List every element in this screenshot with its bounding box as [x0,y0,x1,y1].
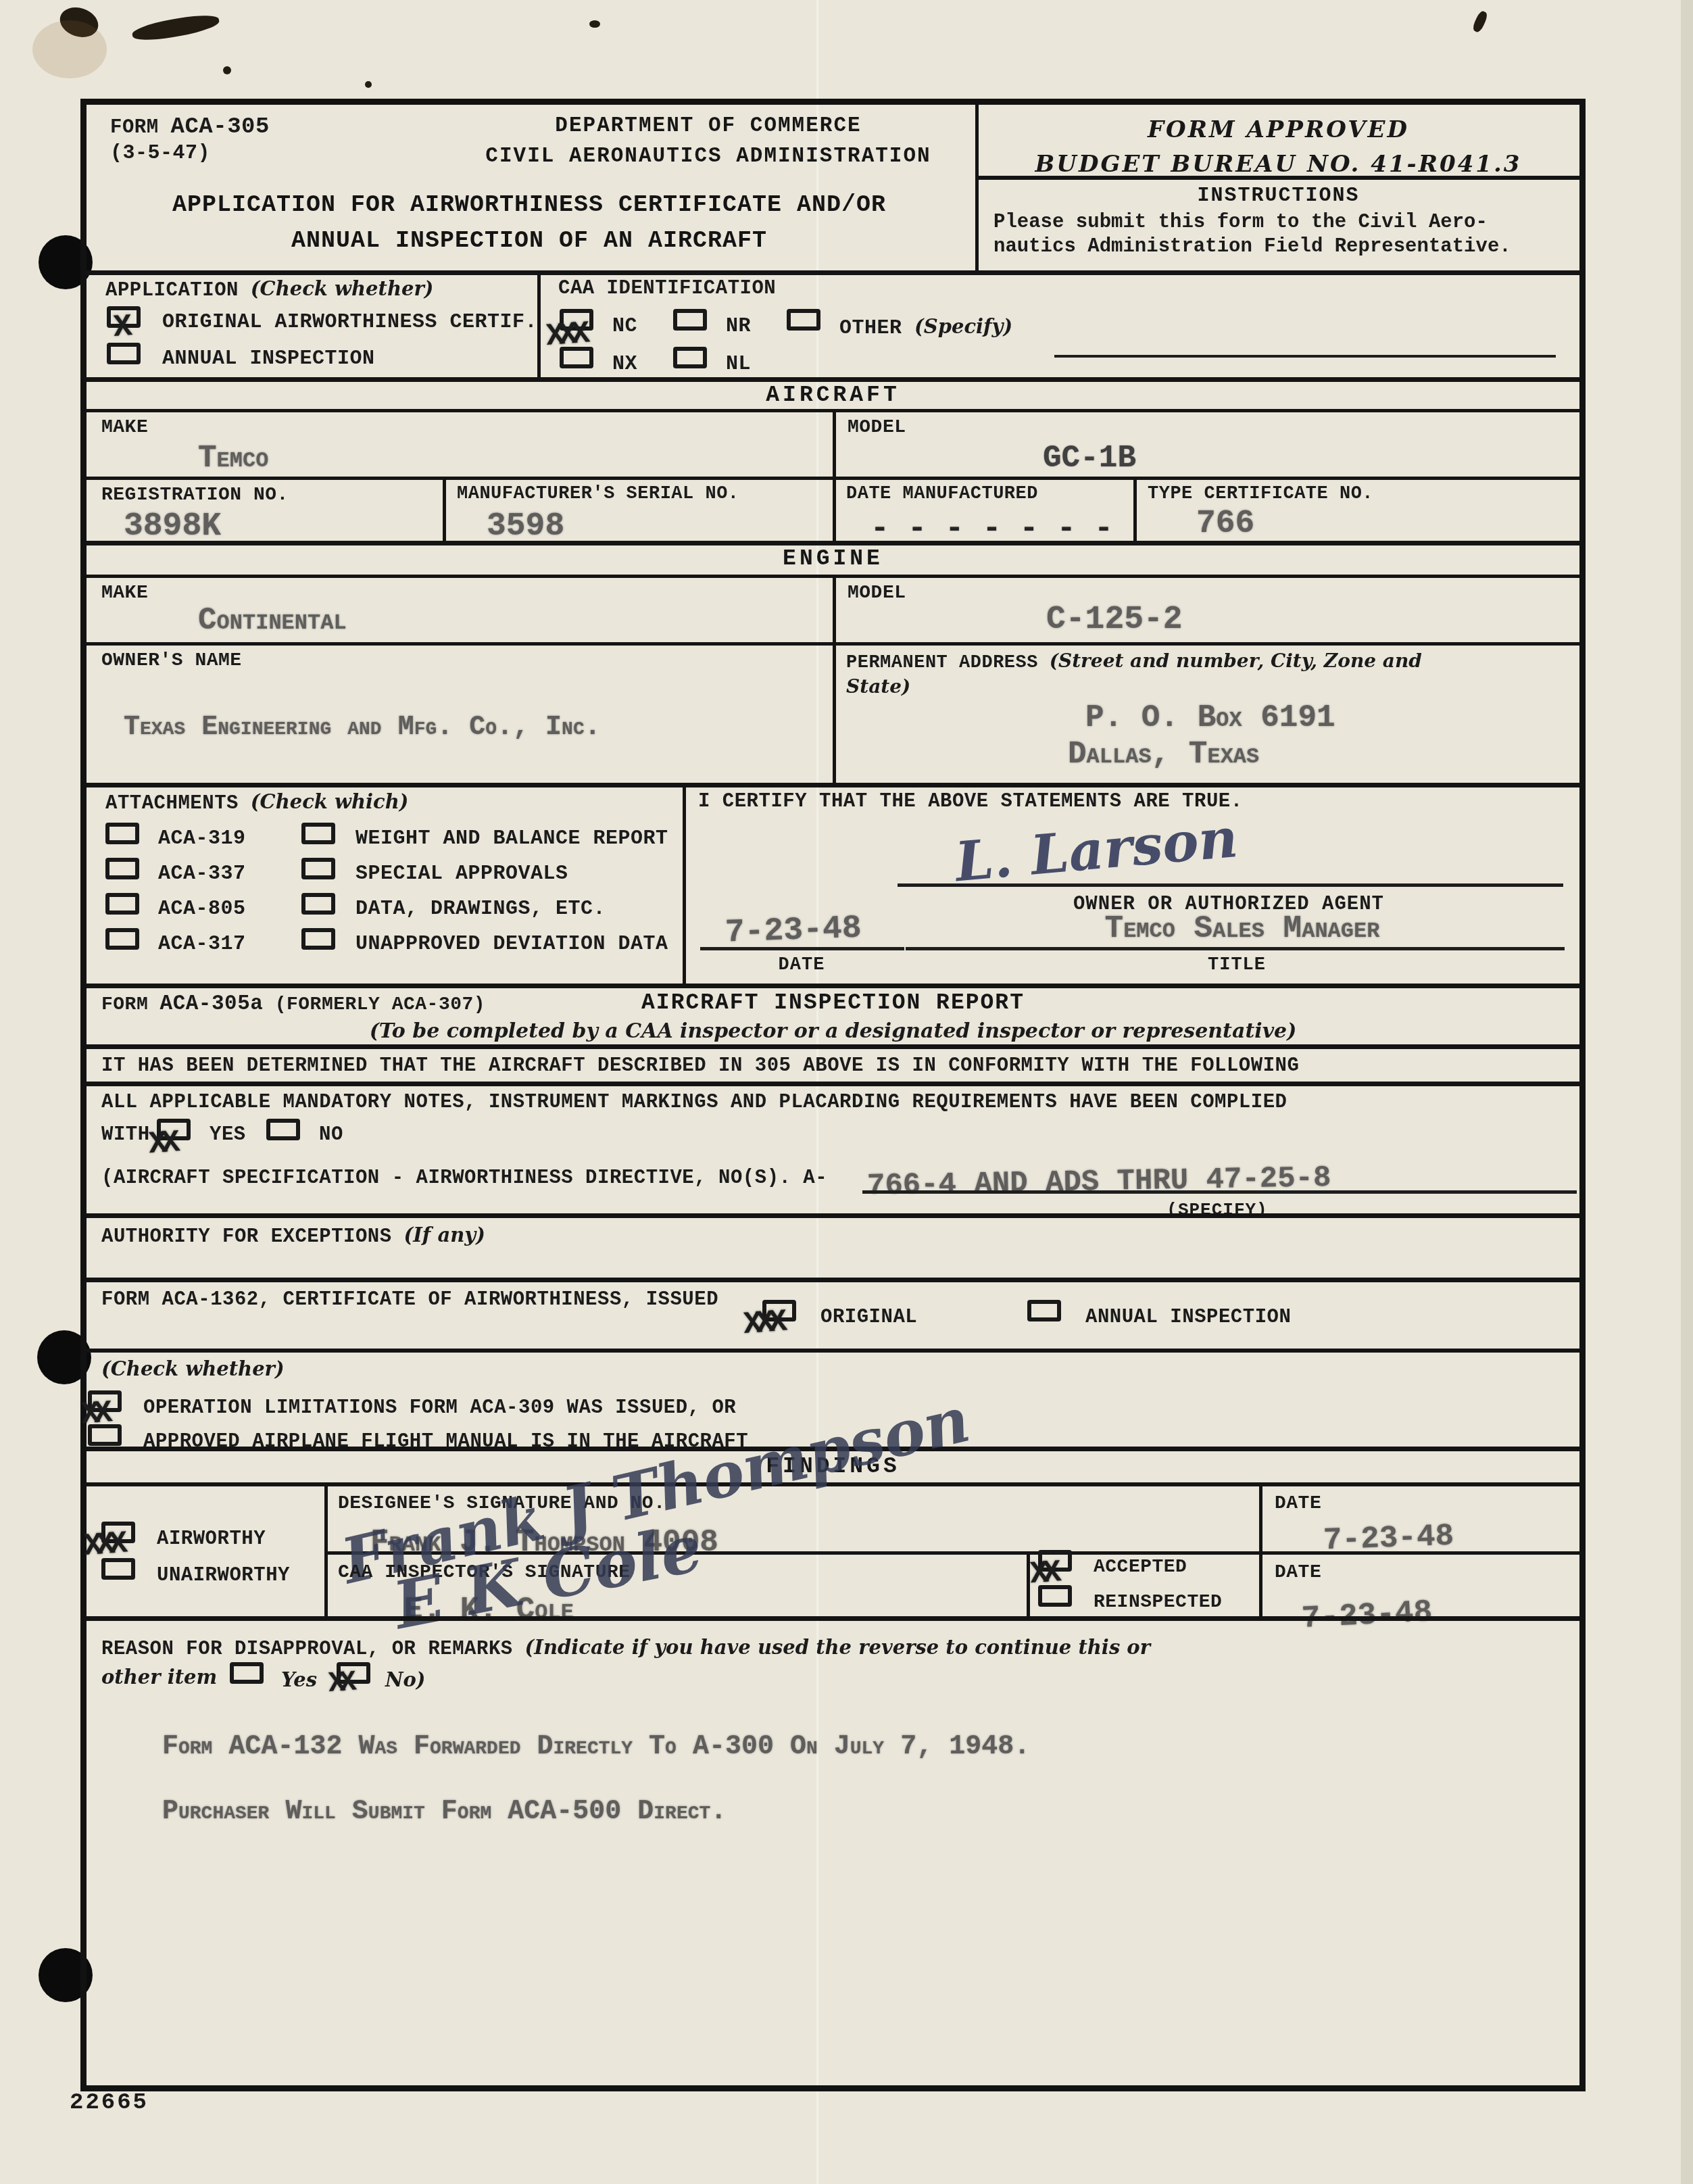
owner-signature[interactable]: L. Larson [953,810,1240,889]
inspector-date-value[interactable]: 7-23-48 [1301,1597,1433,1634]
department-line1: DEPARTMENT OF COMMERCE [438,112,979,142]
page-title-line1: APPLICATION FOR AIRWORTHINESS CERTIFICAT… [137,187,921,223]
other-label: OTHER (Specify) [839,314,1012,342]
aca-805-checkbox[interactable] [105,893,139,915]
authority-exceptions-label: AUTHORITY FOR EXCEPTIONS (If any) [101,1223,485,1249]
check-whether-label: (Check whether) [101,1357,285,1380]
cell-divider [833,409,836,477]
special-approvals-label: SPECIAL APPROVALS [355,862,568,888]
data-drawings-checkbox[interactable] [301,893,335,915]
row-border [87,783,1579,787]
spec-directive-value[interactable]: 766-4 AND ADS THRU 47-25-8 [867,1163,1331,1201]
spec-directive-label: (AIRCRAFT SPECIFICATION - AIRWORTHINESS … [101,1166,827,1190]
nr-label: NR [726,314,751,340]
aca-317-label: ACA-317 [158,932,246,958]
certify-title-value[interactable]: Temco Sales Manager [965,913,1519,944]
remarks-label: REASON FOR DISAPPROVAL, OR REMARKS (Indi… [101,1635,1150,1661]
cert-original-checkmark: XXX [742,1307,782,1340]
stain [32,20,107,78]
compliance-text: ALL APPLICABLE MANDATORY NOTES, INSTRUME… [101,1090,1287,1115]
annual-inspection-label: ANNUAL INSPECTION [162,347,375,372]
nx-checkbox[interactable] [560,347,593,368]
compliance-yes-checkmark: XX [147,1127,174,1160]
ink-mark [1471,10,1489,34]
row-border [87,1349,1579,1353]
special-approvals-checkbox[interactable] [301,858,335,879]
aca-805-label: ACA-805 [158,897,246,923]
original-airworthiness-checkmark: X [112,311,133,343]
owner-name-label: OWNER'S NAME [101,649,242,673]
application-label-italic: (Check whether) [251,277,434,300]
cell-divider [1259,1482,1262,1616]
caa-identification-label: CAA IDENTIFICATION [558,276,776,301]
instructions-title: INSTRUCTIONS [975,186,1581,206]
row-border [87,1616,1579,1621]
ink-dot [589,20,600,28]
certify-title-line[interactable] [906,947,1565,950]
flight-manual-checkbox[interactable] [88,1424,122,1446]
engine-make-label: MAKE [101,581,148,605]
row-border [87,1044,1579,1049]
op-limitations-label: OPERATION LIMITATIONS FORM ACA-309 WAS I… [143,1396,736,1420]
stamp-number: 22665 [70,2091,149,2114]
cell-divider [1133,477,1137,541]
address-line2[interactable]: Dallas, Texas [1068,739,1259,770]
nl-label: NL [726,352,751,378]
type-certificate-label: TYPE CERTIFICATE NO. [1148,483,1373,506]
date-manufactured-value[interactable]: - - - - - - - [870,513,1113,544]
remarks-yes-label: Yes [281,1668,317,1691]
inspection-report-title: AIRCRAFT INSPECTION REPORT [87,992,1579,1014]
type-certificate-value[interactable]: 766 [1196,508,1254,540]
nx-label: NX [612,352,637,378]
remarks-yes-checkbox[interactable] [230,1662,264,1684]
form-approved-block: FORM APPROVED BUDGET BUREAU NO. 41-R041.… [975,113,1581,182]
department-line2: CIVIL AERONAUTICS ADMINISTRATION [438,142,979,172]
unairworthy-label: UNAIRWORTHY [157,1563,290,1588]
serial-value[interactable]: 3598 [487,510,564,543]
compliance-no-checkbox[interactable] [266,1119,300,1140]
aircraft-section-title: AIRCRAFT [87,384,1579,406]
cert-original-label: ORIGINAL [820,1305,917,1330]
aircraft-model-value[interactable]: GC-1B [1043,443,1136,474]
engine-section-title: ENGINE [87,548,1579,570]
remarks-line1[interactable]: Form ACA-132 Was Forwarded Directly To A… [162,1734,1030,1761]
aca-319-checkbox[interactable] [105,823,139,844]
engine-model-value[interactable]: C-125-2 [1046,604,1183,636]
certify-date-value[interactable]: 7-23-48 [725,912,862,949]
attachments-label: ATTACHMENTS (Check which) [105,790,409,816]
unairworthy-checkbox[interactable] [101,1558,135,1580]
aircraft-make-label: MAKE [101,416,148,439]
weight-balance-label: WEIGHT AND BALANCE REPORT [355,827,668,852]
engine-model-label: MODEL [848,581,906,605]
compliance-yes-label: YES [210,1123,246,1147]
determination-text: IT HAS BEEN DETERMINED THAT THE AIRCRAFT… [101,1054,1299,1078]
permanent-address-label: PERMANENT ADDRESS (Street and number, Ci… [846,649,1422,675]
cell-divider [833,575,836,642]
certify-statement: I CERTIFY THAT THE ABOVE STATEMENTS ARE … [698,790,1243,814]
nl-checkbox[interactable] [673,347,707,368]
nc-label: NC [612,314,637,340]
weight-balance-checkbox[interactable] [301,823,335,844]
application-label: APPLICATION (Check whether) [105,276,433,303]
cell-divider [833,477,836,541]
unapproved-deviation-label: UNAPPROVED DEVIATION DATA [355,932,668,958]
row-border [87,984,1579,988]
permanent-address-label2: State) [846,675,910,698]
engine-make-value[interactable]: Continental [198,605,347,636]
row-border [87,541,1579,545]
compliance-with: WITH [101,1123,150,1147]
cell-divider [324,1482,328,1616]
unapproved-deviation-checkbox[interactable] [301,928,335,950]
row-border [87,377,1579,382]
form-number-line: FORM ACA-305 [110,113,270,142]
data-drawings-label: DATA, DRAWINGS, ETC. [355,897,606,923]
form-revision: (3-5-47) [110,141,210,167]
airworthy-checkmark: XXX [82,1528,122,1562]
spec-directive-line[interactable] [862,1190,1577,1194]
cert-1362-label: FORM ACA-1362, CERTIFICATE OF AIRWORTHIN… [101,1288,718,1312]
cell-divider [833,642,836,783]
aircraft-model-label: MODEL [848,416,906,439]
remarks-line2[interactable]: Purchaser Will Submit Form ACA-500 Direc… [162,1799,727,1826]
designee-date-label: DATE [1275,1492,1321,1515]
serial-label: MANUFACTURER'S SERIAL NO. [457,483,739,506]
aircraft-make-value[interactable]: Temco [198,443,268,474]
other-label-italic: (Specify) [914,315,1012,338]
aca-337-checkbox[interactable] [105,858,139,879]
ink-smudge [131,11,221,44]
original-airworthiness-label: ORIGINAL AIRWORTHINESS CERTIF. [162,310,537,336]
date-manufactured-label: DATE MANUFACTURED [846,483,1038,506]
certify-title-caption: TITLE [1135,956,1338,975]
owner-signature-line[interactable] [898,883,1563,887]
aca-317-checkbox[interactable] [105,928,139,950]
aca-337-label: ACA-337 [158,862,246,888]
remarks-no-checkmark: XX [328,1668,351,1698]
remarks-label-italic1: (Indicate if you have used the reverse t… [525,1636,1150,1659]
annual-inspection-checkbox[interactable] [107,343,141,364]
authority-exceptions-italic: (If any) [404,1223,485,1246]
form-approved-line2: BUDGET BUREAU NO. 41-R041.3 [975,147,1581,182]
certify-date-caption: DATE [734,956,869,975]
remarks-no-label: No) [385,1668,426,1691]
registration-value[interactable]: 3898K [124,510,221,543]
row-border [87,1082,1579,1086]
cert-annual-checkbox[interactable] [1027,1300,1061,1321]
reinspected-label: REINSPECTED [1094,1591,1222,1614]
reinspected-checkbox[interactable] [1038,1585,1072,1607]
aca-319-label: ACA-319 [158,827,246,852]
other-specify-line[interactable] [1054,355,1556,358]
row-border [87,1213,1579,1218]
form-border: FORM ACA-305 (3-5-47) DEPARTMENT OF COMM… [80,99,1586,2091]
airworthy-label: AIRWORTHY [157,1527,266,1551]
accepted-label: ACCEPTED [1094,1555,1187,1579]
page-title-line2: ANNUAL INSPECTION OF AN AIRCRAFT [137,223,921,259]
designee-date-value[interactable]: 7-23-48 [1323,1521,1454,1557]
owner-name-value[interactable]: Texas Engineering and Mfg. Co., Inc. [124,714,601,742]
address-line1[interactable]: P. O. Box 6191 [1085,702,1335,733]
form-number: ACA-305 [171,114,270,140]
ink-dot [365,81,372,88]
nr-checkbox[interactable] [673,309,707,331]
registration-label: REGISTRATION NO. [101,483,289,507]
inspector-date-label: DATE [1275,1561,1321,1584]
attachments-label-italic: (Check which) [251,790,409,813]
department-heading: DEPARTMENT OF COMMERCE CIVIL AERONAUTICS… [438,112,979,172]
other-checkbox[interactable] [787,309,820,331]
cell-divider [537,270,541,377]
row-border [87,270,1579,275]
row-border [87,1278,1579,1282]
compliance-no-label: NO [319,1123,343,1147]
certify-date-line[interactable] [700,947,904,950]
instructions-body: Please submit this form to the Civil Aer… [993,210,1511,260]
cell-divider [443,477,446,541]
inspection-report-subtitle: (To be completed by a CAA inspector or a… [87,1019,1579,1044]
cert-annual-label: ANNUAL INSPECTION [1085,1305,1291,1330]
remarks-label-italic2: other item [101,1666,217,1689]
ink-dot [223,66,231,74]
page-title: APPLICATION FOR AIRWORTHINESS CERTIFICAT… [137,187,921,258]
cell-divider [683,783,686,984]
form-approved-line1: FORM APPROVED [975,113,1581,147]
scanned-form-page: FORM ACA-305 (3-5-47) DEPARTMENT OF COMM… [0,0,1693,2184]
